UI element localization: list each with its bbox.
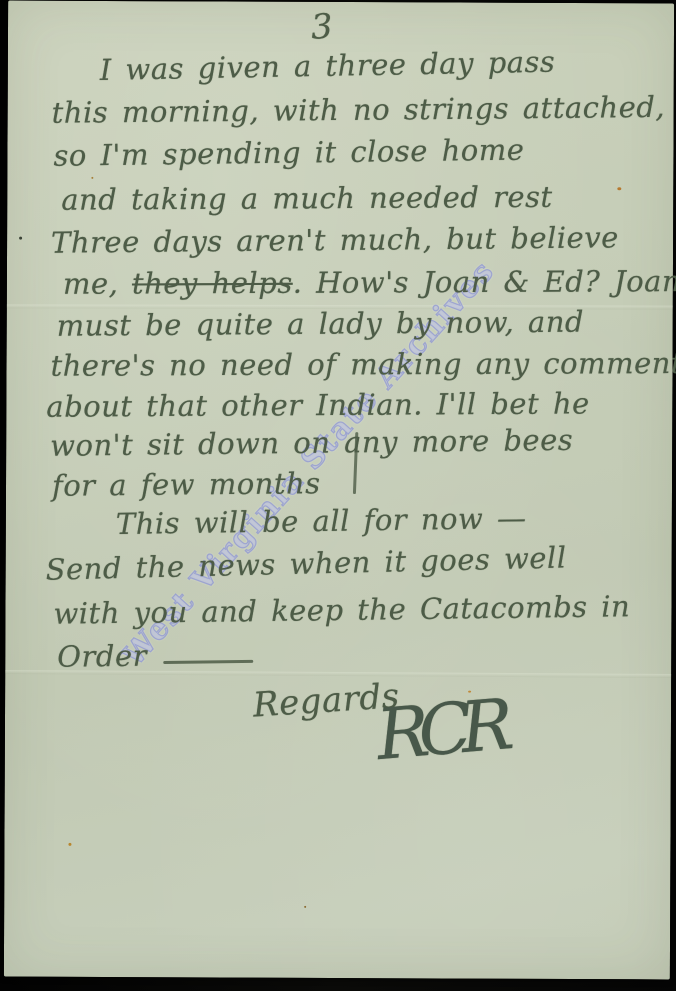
letter-line: about that other Indian. I'll bet he xyxy=(46,386,590,423)
paper-speckle xyxy=(304,906,306,908)
letter-text: . How's Joan & Ed? Joan xyxy=(293,264,676,300)
paper-speckle xyxy=(68,843,71,846)
letter-page: West Virginia State Archives 3 I was giv… xyxy=(4,1,674,980)
scan-background: West Virginia State Archives 3 I was giv… xyxy=(0,0,676,991)
pen-dash-flourish xyxy=(163,660,253,664)
paper-speckle xyxy=(19,237,22,240)
letter-text: me, xyxy=(63,266,132,300)
letter-line: I was given a three day pass xyxy=(100,45,556,87)
letter-line: so I'm spending it close home xyxy=(53,133,524,173)
letter-line: Send the news when it goes well xyxy=(45,540,567,586)
letter-line: Three days aren't much, but believe xyxy=(51,220,619,259)
letter-line: there's no need of making any comment xyxy=(50,346,676,383)
letter-line: won't sit down on any more bees xyxy=(50,423,573,463)
letter-line: this morning, with no strings attached, xyxy=(51,90,665,130)
paper-speckle xyxy=(91,177,93,179)
letter-line: must be quite a lady by now, and xyxy=(57,305,585,343)
letter-line: with you and keep the Catacombs in xyxy=(53,589,630,631)
signature-initials: RCR xyxy=(374,684,506,776)
letter-line: and taking a much needed rest xyxy=(61,180,553,217)
page-number: 3 xyxy=(310,6,335,47)
struck-text: they helps xyxy=(132,266,293,301)
paper-speckle xyxy=(468,691,471,693)
letter-line: for a few months xyxy=(52,466,321,503)
letter-line: me, they helps. How's Joan & Ed? Joan xyxy=(63,264,676,301)
letter-line: Order xyxy=(57,639,147,674)
paper-speckle xyxy=(617,187,621,190)
letter-line: This will be all for now — xyxy=(116,501,527,541)
